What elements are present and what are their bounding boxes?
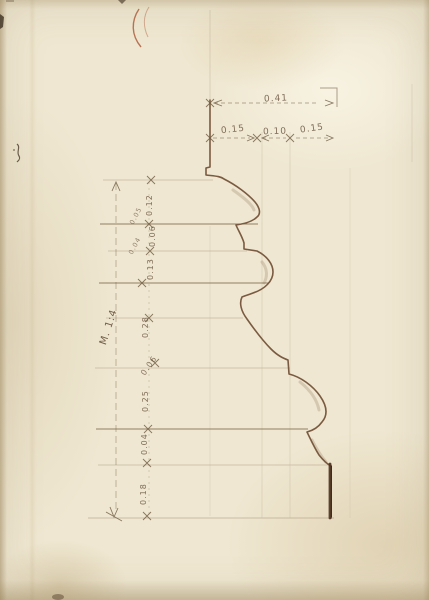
pencil-drawing-canvas — [0, 0, 429, 600]
dim-label-top-segment-2: 0.10 — [263, 127, 287, 138]
construction-lines — [88, 10, 412, 518]
top-edge-nick — [118, 0, 126, 4]
red-arc-faint — [144, 7, 149, 37]
fillet-lines — [96, 224, 308, 429]
scanned-drawing-sheet: 0.41 0.15 0.10 0.15 0.12 0.05 0.06 0.04 … — [0, 0, 429, 600]
tick-cross-icon — [143, 459, 151, 467]
edge-mark — [0, 14, 4, 29]
tick-cross-icon — [106, 512, 122, 521]
bottom-edge-spot — [52, 594, 64, 600]
dim-label-v-2: 0.06 — [148, 225, 157, 247]
pencil-dot — [13, 149, 15, 151]
red-arc-main — [133, 9, 141, 47]
dim-label-v-4: 0.13 — [146, 258, 155, 280]
profile-outline-path — [206, 100, 331, 518]
corner-bracket-icon — [320, 88, 337, 107]
profile-shading — [233, 190, 326, 462]
pencil-squiggle — [17, 144, 20, 162]
dim-label-v-7: 0.25 — [141, 390, 150, 412]
dim-label-v-0: 0.12 — [145, 194, 154, 216]
arrow-right-icon — [325, 100, 333, 106]
dim-label-v-5: 0.28 — [141, 316, 150, 338]
dim-label-v-9: 0.18 — [139, 483, 148, 505]
dimension-marks — [106, 88, 337, 521]
dim-label-overall-width: 0.41 — [264, 93, 289, 104]
paper-marks — [0, 0, 126, 600]
dim-label-v-8: 0.04 — [140, 433, 149, 455]
arrow-down-icon — [110, 507, 118, 517]
profile-outline — [206, 100, 332, 518]
tick-cross-icon — [143, 512, 151, 520]
red-arc — [133, 7, 149, 47]
